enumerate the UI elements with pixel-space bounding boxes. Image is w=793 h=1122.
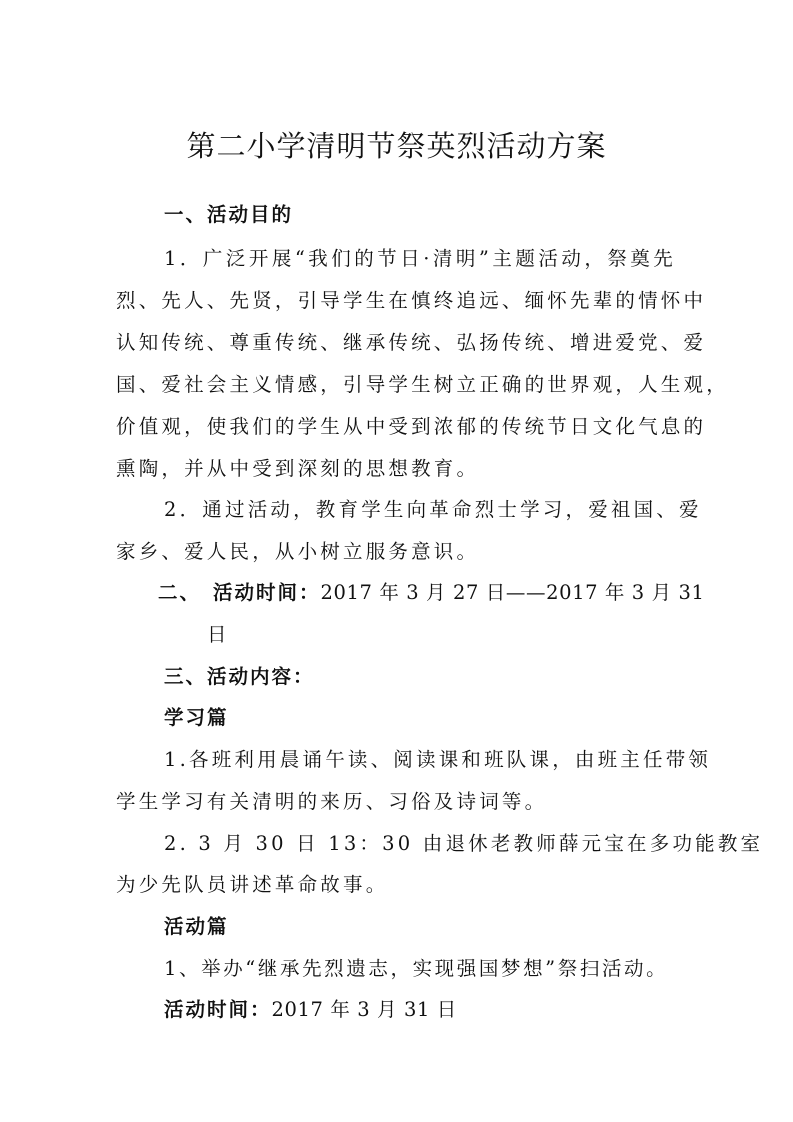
- subheading-study: 学习篇: [164, 702, 724, 730]
- purpose-item1-line3: 认知传统、尊重传统、继承传统、弘扬传统、增进爱党、爱: [116, 327, 676, 355]
- purpose-item1-line2: 烈、先人、先贤，引导学生在慎终追远、缅怀先辈的情怀中: [116, 285, 676, 313]
- study-item2-line2: 为少先队员讲述革命故事。: [116, 869, 676, 897]
- study-item1-line1: 1.各班利用晨诵午读、阅读课和班队课，由班主任带领: [164, 744, 676, 772]
- activity-item1: 1、举办“继承先烈遗志，实现强国梦想”祭扫活动。: [164, 953, 724, 981]
- purpose-item1-line1: 1．广泛开展“我们的节日·清明”主题活动，祭奠先: [164, 243, 676, 271]
- purpose-item1-line6: 熏陶，并从中受到深刻的思想教育。: [116, 453, 676, 481]
- activity-time-label: 活动时间：: [164, 998, 272, 1021]
- time-value-line2: 日: [207, 619, 767, 647]
- section-heading-purpose: 一、活动目的: [164, 199, 724, 227]
- section-heading-time: 活动时间：: [213, 581, 321, 604]
- section-heading-time-prefix: 二、: [158, 581, 201, 604]
- document-title: 第二小学清明节祭英烈活动方案: [0, 124, 793, 165]
- time-value-line1: 2017 年 3 月 27 日——2017 年 3 月 31: [321, 581, 705, 604]
- section-time: 二、活动时间：2017 年 3 月 27 日——2017 年 3 月 31: [158, 577, 678, 605]
- activity-time: 活动时间：2017 年 3 月 31 日: [164, 994, 724, 1022]
- section-heading-content: 三、活动内容：: [164, 661, 724, 689]
- study-item1-line2: 学生学习有关清明的来历、习俗及诗词等。: [116, 786, 676, 814]
- purpose-item1-line4: 国、爱社会主义情感，引导学生树立正确的世界观，人生观，: [116, 369, 676, 397]
- purpose-item1-line5: 价值观，使我们的学生从中受到浓郁的传统节日文化气息的: [116, 411, 676, 439]
- activity-time-value: 2017 年 3 月 31 日: [272, 998, 457, 1021]
- study-item2-line1: 2. 3 月 30 日 13：30 由退休老教师薛元宝在多功能教室: [164, 828, 676, 856]
- purpose-item2-line1: 2．通过活动，教育学生向革命烈士学习，爱祖国、爱: [164, 494, 676, 522]
- subheading-activity: 活动篇: [164, 911, 724, 939]
- purpose-item2-line2: 家乡、爱人民，从小树立服务意识。: [116, 536, 676, 564]
